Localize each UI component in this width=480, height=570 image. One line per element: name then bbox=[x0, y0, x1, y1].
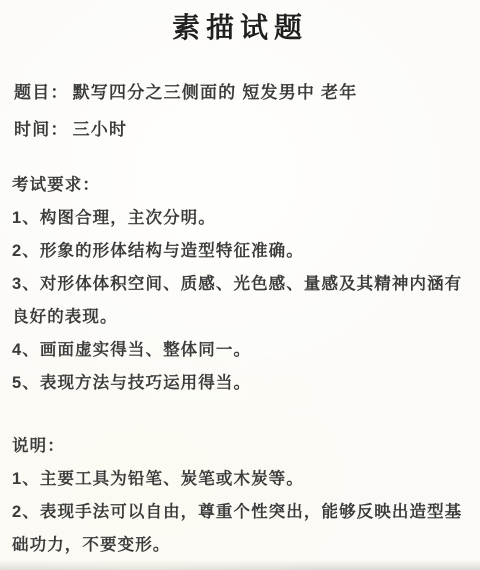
notes-heading: 说明： bbox=[12, 430, 472, 463]
exam-requirements-heading: 考试要求： bbox=[12, 169, 472, 202]
note-item-2: 2、表现手法可以自由，尊重个性突出，能够反映出造型基础功力，不要变形。 bbox=[12, 496, 472, 562]
note-item-1: 1、主要工具为铅笔、炭笔或木炭等。 bbox=[12, 463, 472, 496]
requirement-item-2: 2、形象的形体结构与造型特征准确。 bbox=[12, 235, 472, 268]
subject-label: 题目： bbox=[14, 83, 69, 102]
page-title: 素描试题 bbox=[0, 0, 480, 48]
requirement-item-4: 4、画面虚实得当、整体同一。 bbox=[12, 334, 472, 367]
exam-sheet: 素描试题 题目：默写四分之三侧面的 短发男中 老年 时间：三小时 考试要求： 1… bbox=[0, 0, 480, 570]
section-exam-requirements: 考试要求： 1、构图合理，主次分明。 2、形象的形体结构与造型特征准确。 3、对… bbox=[12, 169, 472, 400]
exam-meta: 题目：默写四分之三侧面的 短发男中 老年 时间：三小时 bbox=[14, 74, 470, 148]
exam-sheet-content: 素描试题 题目：默写四分之三侧面的 短发男中 老年 时间：三小时 考试要求： 1… bbox=[0, 0, 480, 562]
section-notes: 说明： 1、主要工具为铅笔、炭笔或木炭等。 2、表现手法可以自由，尊重个性突出，… bbox=[12, 430, 472, 562]
time-label: 时间： bbox=[14, 120, 69, 139]
requirement-item-5: 5、表现方法与技巧运用得当。 bbox=[12, 367, 472, 400]
subject-line: 题目：默写四分之三侧面的 短发男中 老年 bbox=[14, 74, 470, 111]
requirement-item-1: 1、构图合理，主次分明。 bbox=[12, 202, 472, 235]
requirement-item-3: 3、对形体体积空间、质感、光色感、量感及其精神内涵有良好的表现。 bbox=[12, 268, 472, 334]
time-value: 三小时 bbox=[73, 120, 128, 139]
time-line: 时间：三小时 bbox=[14, 111, 470, 148]
subject-value: 默写四分之三侧面的 短发男中 老年 bbox=[73, 83, 358, 102]
